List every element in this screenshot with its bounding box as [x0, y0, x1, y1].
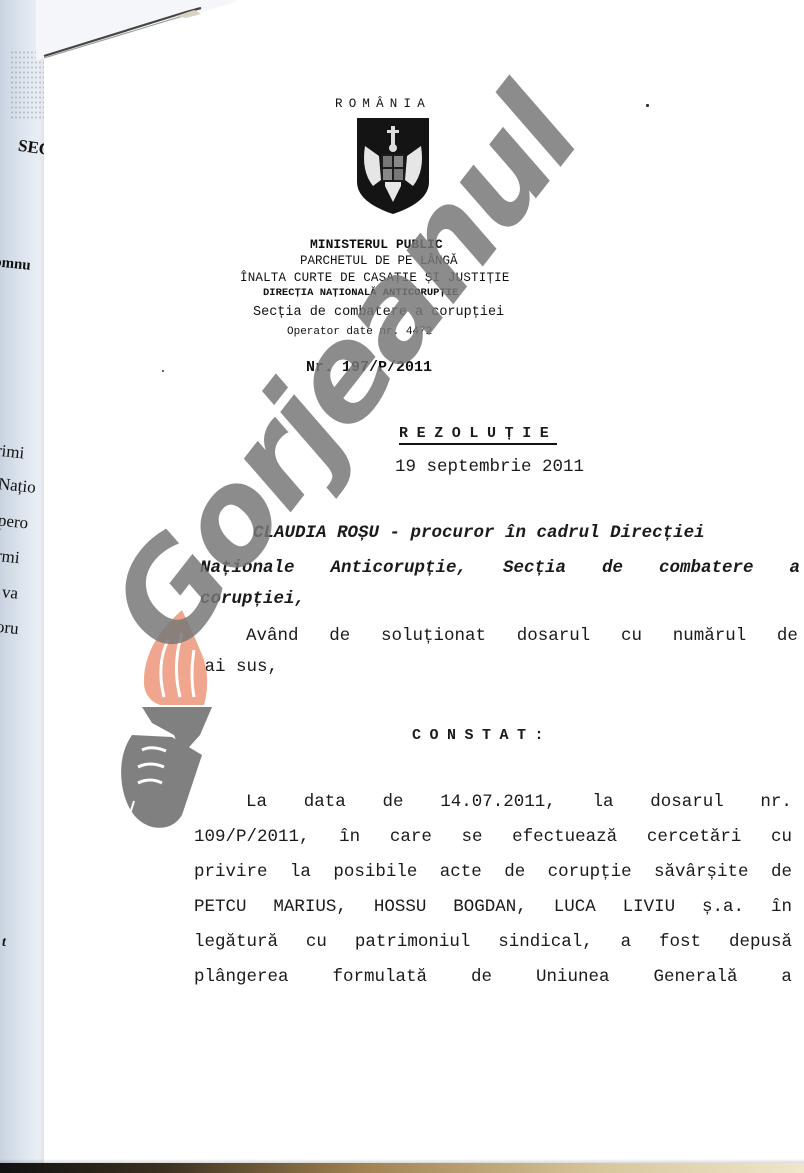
- document-date: 19 septembrie 2011: [395, 457, 584, 477]
- word: dosarul: [517, 626, 591, 646]
- word: a: [781, 967, 792, 987]
- constat-line: legăturăcupatrimoniulsindical,afostdepus…: [194, 932, 792, 952]
- case-number: Nr. 197/P/2011: [306, 359, 432, 376]
- word: HOSSU: [374, 897, 427, 917]
- word: plângerea: [194, 967, 289, 987]
- prev-page-fragment: SEC: [17, 136, 44, 160]
- prev-page-fragment: rmi: [0, 546, 21, 568]
- scanner-bottom-edge: [0, 1163, 804, 1173]
- word: acte: [440, 862, 482, 882]
- intro-line-1: CLAUDIA ROȘU - procuror în cadrul Direcț…: [253, 523, 705, 543]
- constat-line: privirelaposibileactedecorupțiesăvârșite…: [194, 862, 792, 882]
- previous-page-edge: SEC omnu rimi Națio pero rmi va oru t: [0, 0, 44, 1173]
- prev-page-fragment: Națio: [0, 474, 37, 498]
- prosecutor-role: - procuror în cadrul Direcției: [379, 523, 705, 543]
- word: LUCA: [554, 897, 596, 917]
- intro-line-5: mai sus,: [194, 657, 278, 677]
- word: cu: [621, 626, 642, 646]
- constat-line: Ladatade14.07.2011,ladosarulnr.: [246, 792, 792, 812]
- romania-coat-of-arms-icon: [355, 116, 431, 216]
- country-label: ROMÂNIA: [335, 97, 431, 111]
- scan-speck: [646, 104, 649, 107]
- word: nr.: [760, 792, 792, 812]
- word: de: [771, 862, 792, 882]
- word: de: [329, 626, 350, 646]
- constat-line: plângereaformulatădeUniuneaGeneralăa: [194, 967, 792, 987]
- prev-page-fragment: pero: [0, 510, 29, 533]
- word: Naționale: [200, 558, 295, 578]
- word: de: [777, 626, 798, 646]
- prev-page-fragment: rimi: [0, 441, 25, 464]
- word: de: [602, 558, 623, 578]
- section-name: Secția de combatere a corupției: [253, 305, 504, 320]
- court-name: ÎNALTA CURTE DE CASAȚIE ȘI JUSTIȚIE: [240, 271, 510, 285]
- word: depusă: [729, 932, 792, 952]
- word: Anticorupție,: [330, 558, 467, 578]
- word: de: [382, 792, 403, 812]
- prosecutor-office: PARCHETUL DE PE LÂNGĂ: [300, 254, 458, 268]
- word: fost: [659, 932, 701, 952]
- folded-page-corner: [36, 0, 236, 60]
- word: a: [789, 558, 800, 578]
- prev-page-fragment: t: [2, 935, 6, 951]
- word: la: [592, 792, 613, 812]
- intro-line-4: Având de soluționat dosarul cu numărul d…: [246, 626, 798, 646]
- word: în: [771, 897, 792, 917]
- word: formulată: [332, 967, 427, 987]
- word: la: [290, 862, 311, 882]
- directorate-name: DIRECȚIA NAȚIONALĂ ANTICORUPȚIE: [263, 287, 458, 299]
- word: posibile: [333, 862, 417, 882]
- word: data: [304, 792, 346, 812]
- word: dosarul: [650, 792, 724, 812]
- intro-line-2: Naționale Anticorupție, Secția de combat…: [200, 558, 800, 578]
- fold-shadow: [38, 0, 44, 1173]
- word: 14.07.2011,: [440, 792, 556, 812]
- word: a: [621, 932, 632, 952]
- word: numărul: [673, 626, 747, 646]
- word: efectuează: [512, 827, 617, 847]
- word: Uniunea: [536, 967, 610, 987]
- word: privire: [194, 862, 268, 882]
- word: cu: [771, 827, 792, 847]
- word: corupție: [548, 862, 632, 882]
- prev-page-fragment: omnu: [0, 254, 31, 275]
- constat-line: 109/P/2011,încareseefectueazăcercetăricu: [194, 827, 792, 847]
- word: MARIUS,: [273, 897, 347, 917]
- word: 109/P/2011,: [194, 827, 310, 847]
- word: PETCU: [194, 897, 247, 917]
- word: legătură: [194, 932, 278, 952]
- word: săvârșite: [654, 862, 749, 882]
- word: care: [390, 827, 432, 847]
- word: de: [471, 967, 492, 987]
- word: Având: [246, 626, 299, 646]
- word: patrimoniul: [355, 932, 471, 952]
- word: BOGDAN,: [453, 897, 527, 917]
- document-title: REZOLUȚIE: [399, 425, 557, 445]
- word: combatere: [659, 558, 754, 578]
- word: cu: [306, 932, 327, 952]
- word: în: [339, 827, 360, 847]
- ministry-name: MINISTERUL PUBLIC: [310, 237, 443, 252]
- data-operator-number: Operator date nr. 4472: [287, 326, 432, 338]
- prev-page-fragment: oru: [0, 617, 20, 639]
- word: se: [461, 827, 482, 847]
- prev-page-fragment: va: [1, 582, 19, 604]
- word: LIVIU: [623, 897, 676, 917]
- word: cercetări: [647, 827, 742, 847]
- prosecutor-name: CLAUDIA ROȘU: [253, 523, 379, 543]
- word: ș.a.: [702, 897, 744, 917]
- word: sindical,: [498, 932, 593, 952]
- section-heading-constat: CONSTAT:: [412, 727, 552, 744]
- word: de: [504, 862, 525, 882]
- word: soluționat: [381, 626, 486, 646]
- word: Secția: [503, 558, 566, 578]
- word: Generală: [653, 967, 737, 987]
- torch-logo-icon: [112, 605, 242, 835]
- intro-line-3: corupției,: [200, 589, 305, 609]
- word: La: [246, 792, 267, 812]
- scan-speck: [162, 370, 164, 372]
- constat-line: PETCUMARIUS,HOSSUBOGDAN,LUCALIVIUș.a.în: [194, 897, 792, 917]
